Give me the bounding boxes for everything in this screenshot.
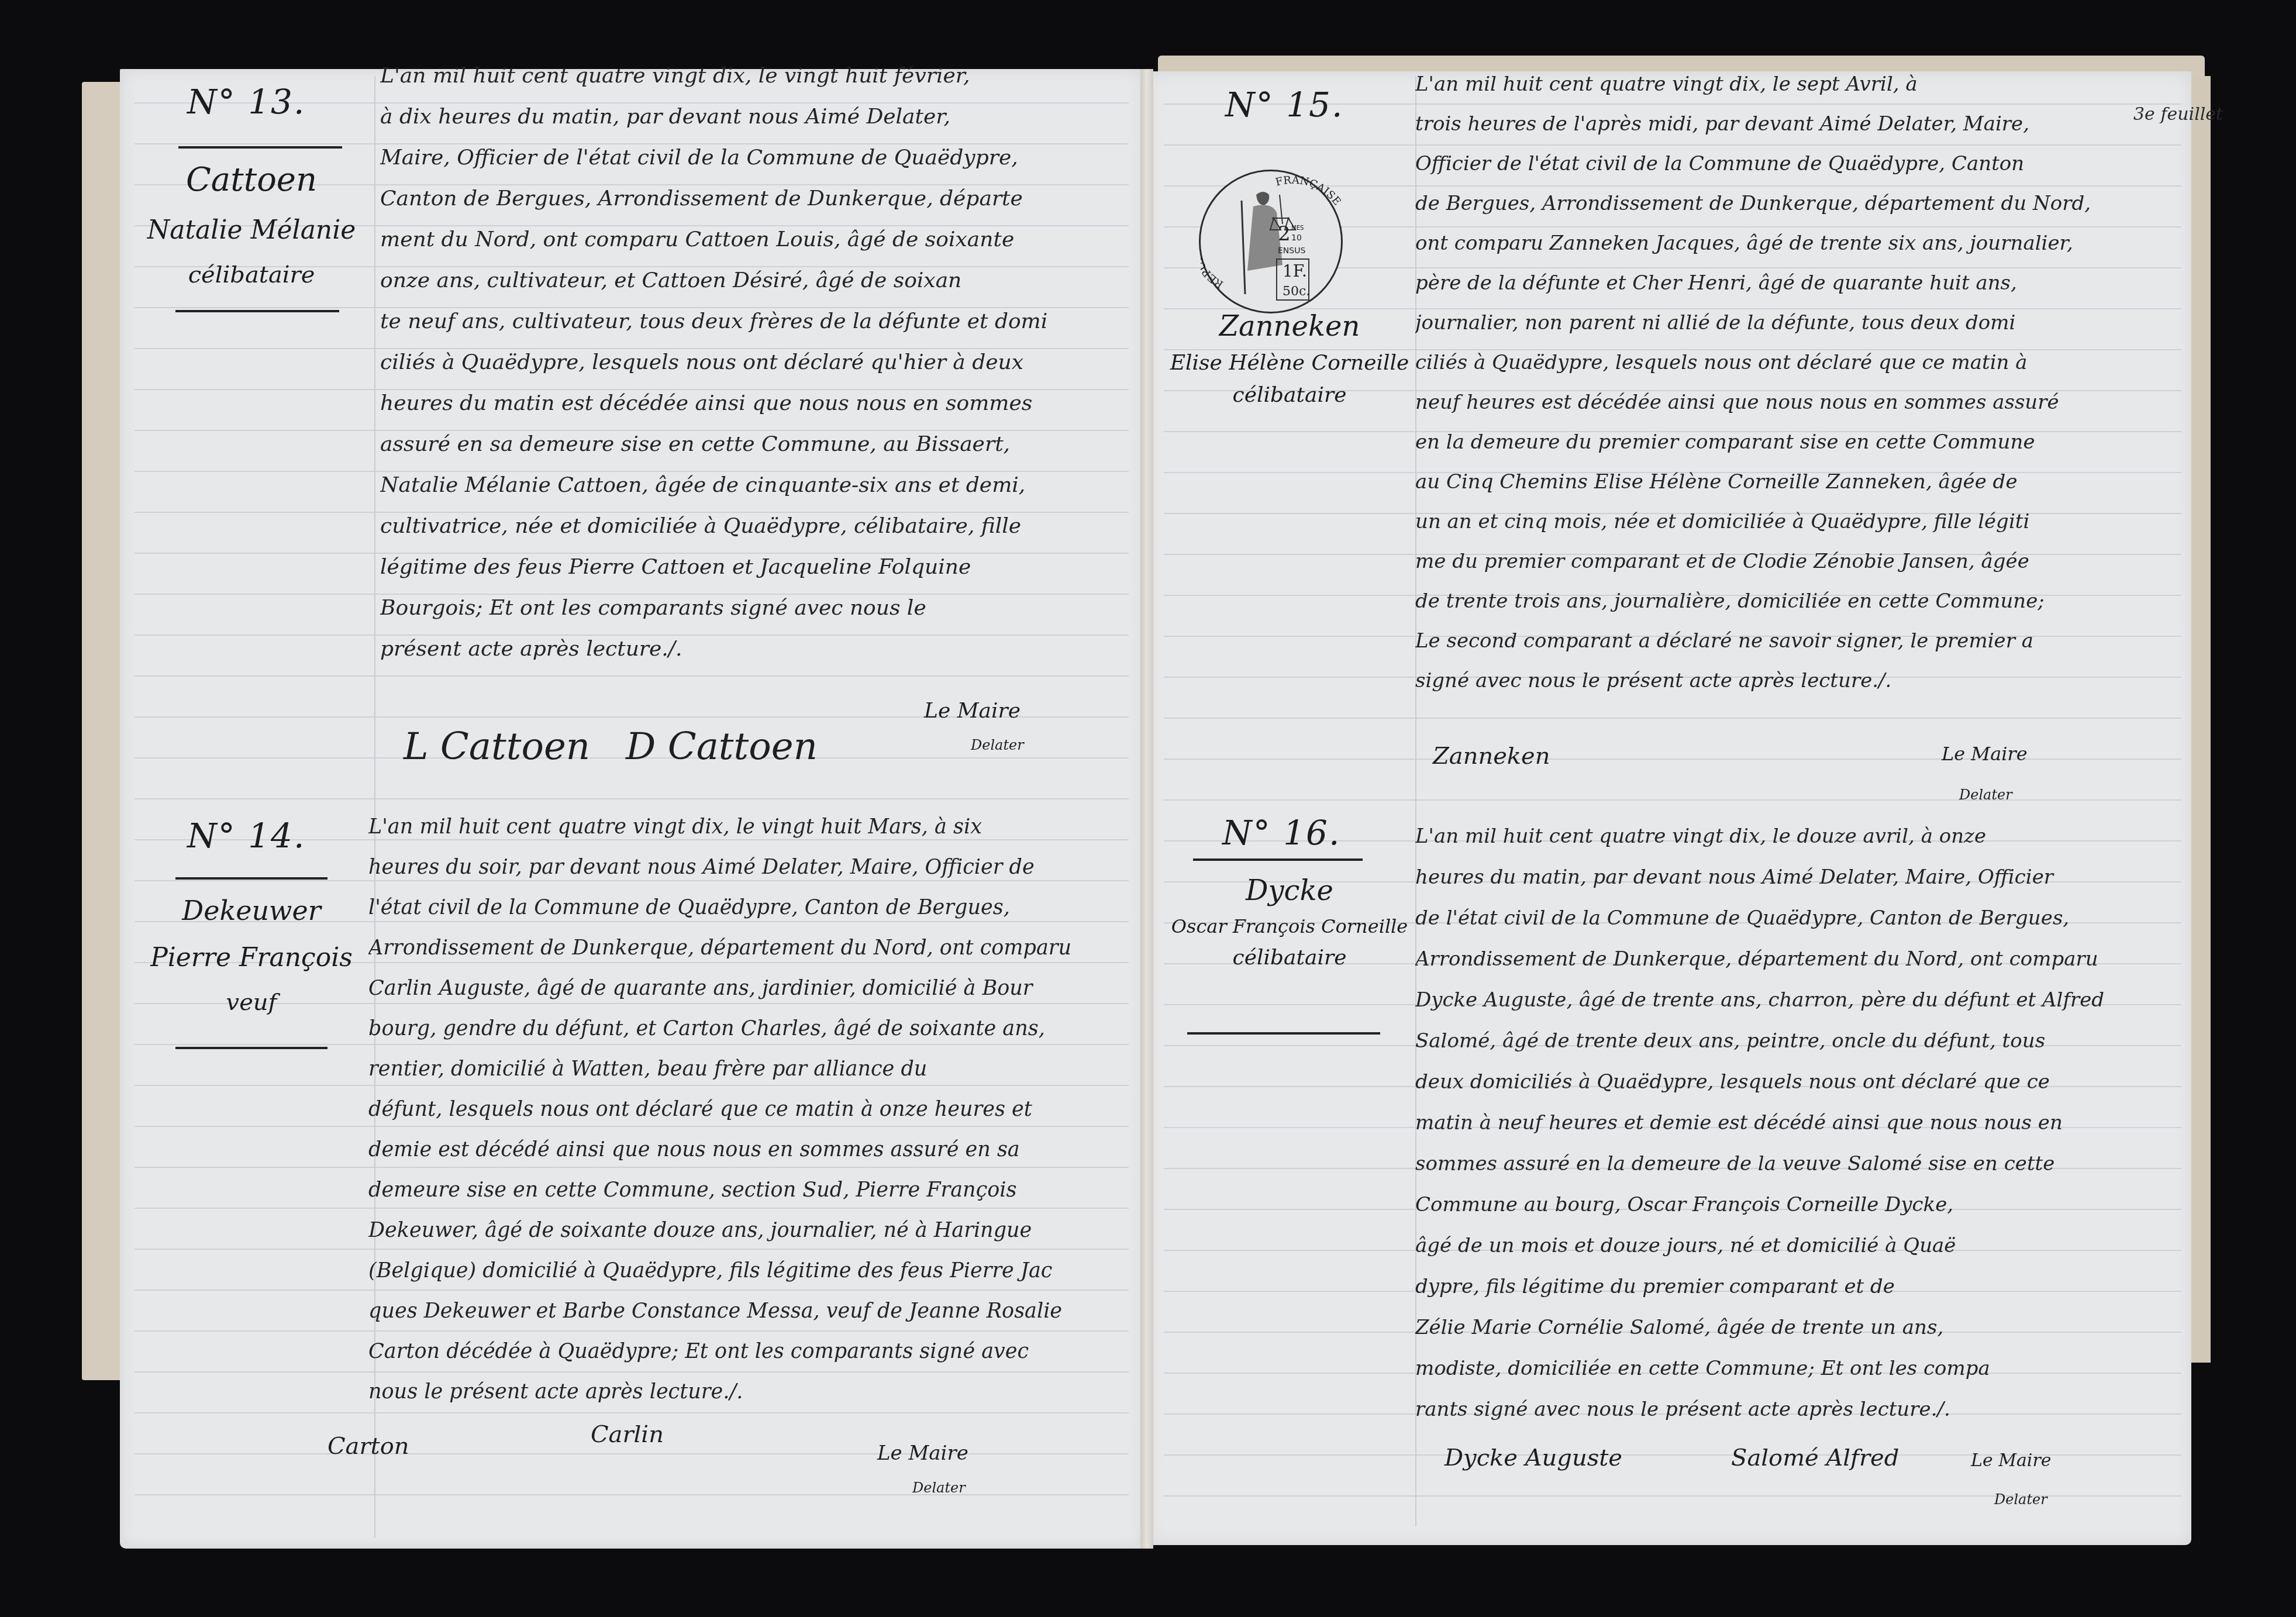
deceased-status: célibataire <box>1155 383 1424 407</box>
entry-name-block: Dycke Oscar François Corneille célibatai… <box>1155 874 1424 970</box>
signature: Salomé Alfred <box>1731 1444 1899 1471</box>
ruled-line <box>135 1494 1129 1495</box>
ruled-line <box>1164 718 2181 719</box>
ruled-line <box>1164 758 2181 760</box>
entry-number: N° 13. <box>187 82 305 122</box>
entry-separator <box>175 877 327 880</box>
signature: D Cattoen <box>626 725 818 768</box>
maire-label: Le Maire <box>924 699 1021 723</box>
svg-text:10: 10 <box>1291 233 1302 243</box>
ruled-line <box>1164 799 2181 801</box>
maire-label: Le Maire <box>877 1442 968 1465</box>
ruled-line <box>135 675 1129 677</box>
open-register-book: N° 13. Cattoen Natalie Mélanie célibatai… <box>0 0 2296 1617</box>
entry-body-text: L'an mil huit cent quatre vingt dix, le … <box>1415 64 2181 701</box>
svg-text:ENSUS: ENSUS <box>1278 246 1305 256</box>
maire-label: Le Maire <box>1971 1450 2052 1471</box>
entry-separator <box>178 146 342 149</box>
signature: Carlin <box>591 1421 664 1448</box>
svg-text:2: 2 <box>1278 222 1291 246</box>
signature: Dycke Auguste <box>1445 1444 1622 1471</box>
deceased-status: célibataire <box>129 261 374 288</box>
justice-figure-icon: 2 MES 10 ENSUS 1F. 50c. REPUBLIQUE FRANÇ… <box>1201 171 1341 312</box>
deceased-status: veuf <box>129 989 374 1016</box>
entry-separator <box>175 1047 327 1049</box>
maire-label: Le Maire <box>1942 743 2028 765</box>
deceased-given-names: Elise Hélène Corneille <box>1155 351 1424 375</box>
maire-signature: Delater <box>971 737 1024 753</box>
entry-number: N° 16. <box>1222 813 1340 853</box>
maire-signature: Delater <box>912 1480 966 1496</box>
deceased-surname: Cattoen <box>129 161 374 199</box>
entry-body-text: L'an mil huit cent quatre vingt dix, le … <box>380 56 1135 670</box>
deceased-surname: Zanneken <box>1155 310 1424 343</box>
ruled-line <box>135 1453 1129 1454</box>
deceased-given-names: Pierre François <box>129 943 374 973</box>
entry-body-text: L'an mil huit cent quatre vingt dix, le … <box>368 807 1135 1412</box>
deceased-given-names: Natalie Mélanie <box>129 215 374 245</box>
deceased-status: célibataire <box>1155 946 1424 970</box>
entry-name-block: Dekeuwer Pierre François veuf <box>129 895 374 1016</box>
svg-text:FRANÇAISE: FRANÇAISE <box>1274 174 1341 208</box>
book-cover-left-edge <box>82 82 123 1380</box>
svg-text:1F.: 1F. <box>1283 261 1307 281</box>
signature: L Cattoen <box>404 725 590 768</box>
book-gutter <box>1140 69 1153 1549</box>
entry-body-text: L'an mil huit cent quatre vingt dix, le … <box>1415 816 2181 1430</box>
signature: Carton <box>327 1433 409 1460</box>
entry-number: N° 14. <box>187 816 305 856</box>
deceased-surname: Dycke <box>1155 874 1424 907</box>
signature: Zanneken <box>1433 743 1550 770</box>
svg-text:MES: MES <box>1291 225 1304 232</box>
entry-name-block: Cattoen Natalie Mélanie célibataire <box>129 161 374 288</box>
entry-separator <box>1187 1032 1380 1035</box>
svg-text:50c.: 50c. <box>1283 284 1310 299</box>
maire-signature: Delater <box>1994 1491 2047 1508</box>
tax-stamp: 2 MES 10 ENSUS 1F. 50c. REPUBLIQUE FRANÇ… <box>1199 170 1343 313</box>
entry-separator <box>1193 859 1363 861</box>
svg-text:REPUBLIQUE: REPUBLIQUE <box>1201 215 1226 290</box>
maire-signature: Delater <box>1959 787 2012 803</box>
entry-number: N° 15. <box>1225 85 1343 125</box>
deceased-given-names: Oscar François Corneille <box>1155 915 1424 937</box>
ruled-line <box>135 1412 1129 1413</box>
entry-name-block: Zanneken Elise Hélène Corneille célibata… <box>1155 310 1424 407</box>
entry-separator <box>175 310 339 312</box>
ruled-line <box>135 798 1129 799</box>
deceased-surname: Dekeuwer <box>129 895 374 926</box>
